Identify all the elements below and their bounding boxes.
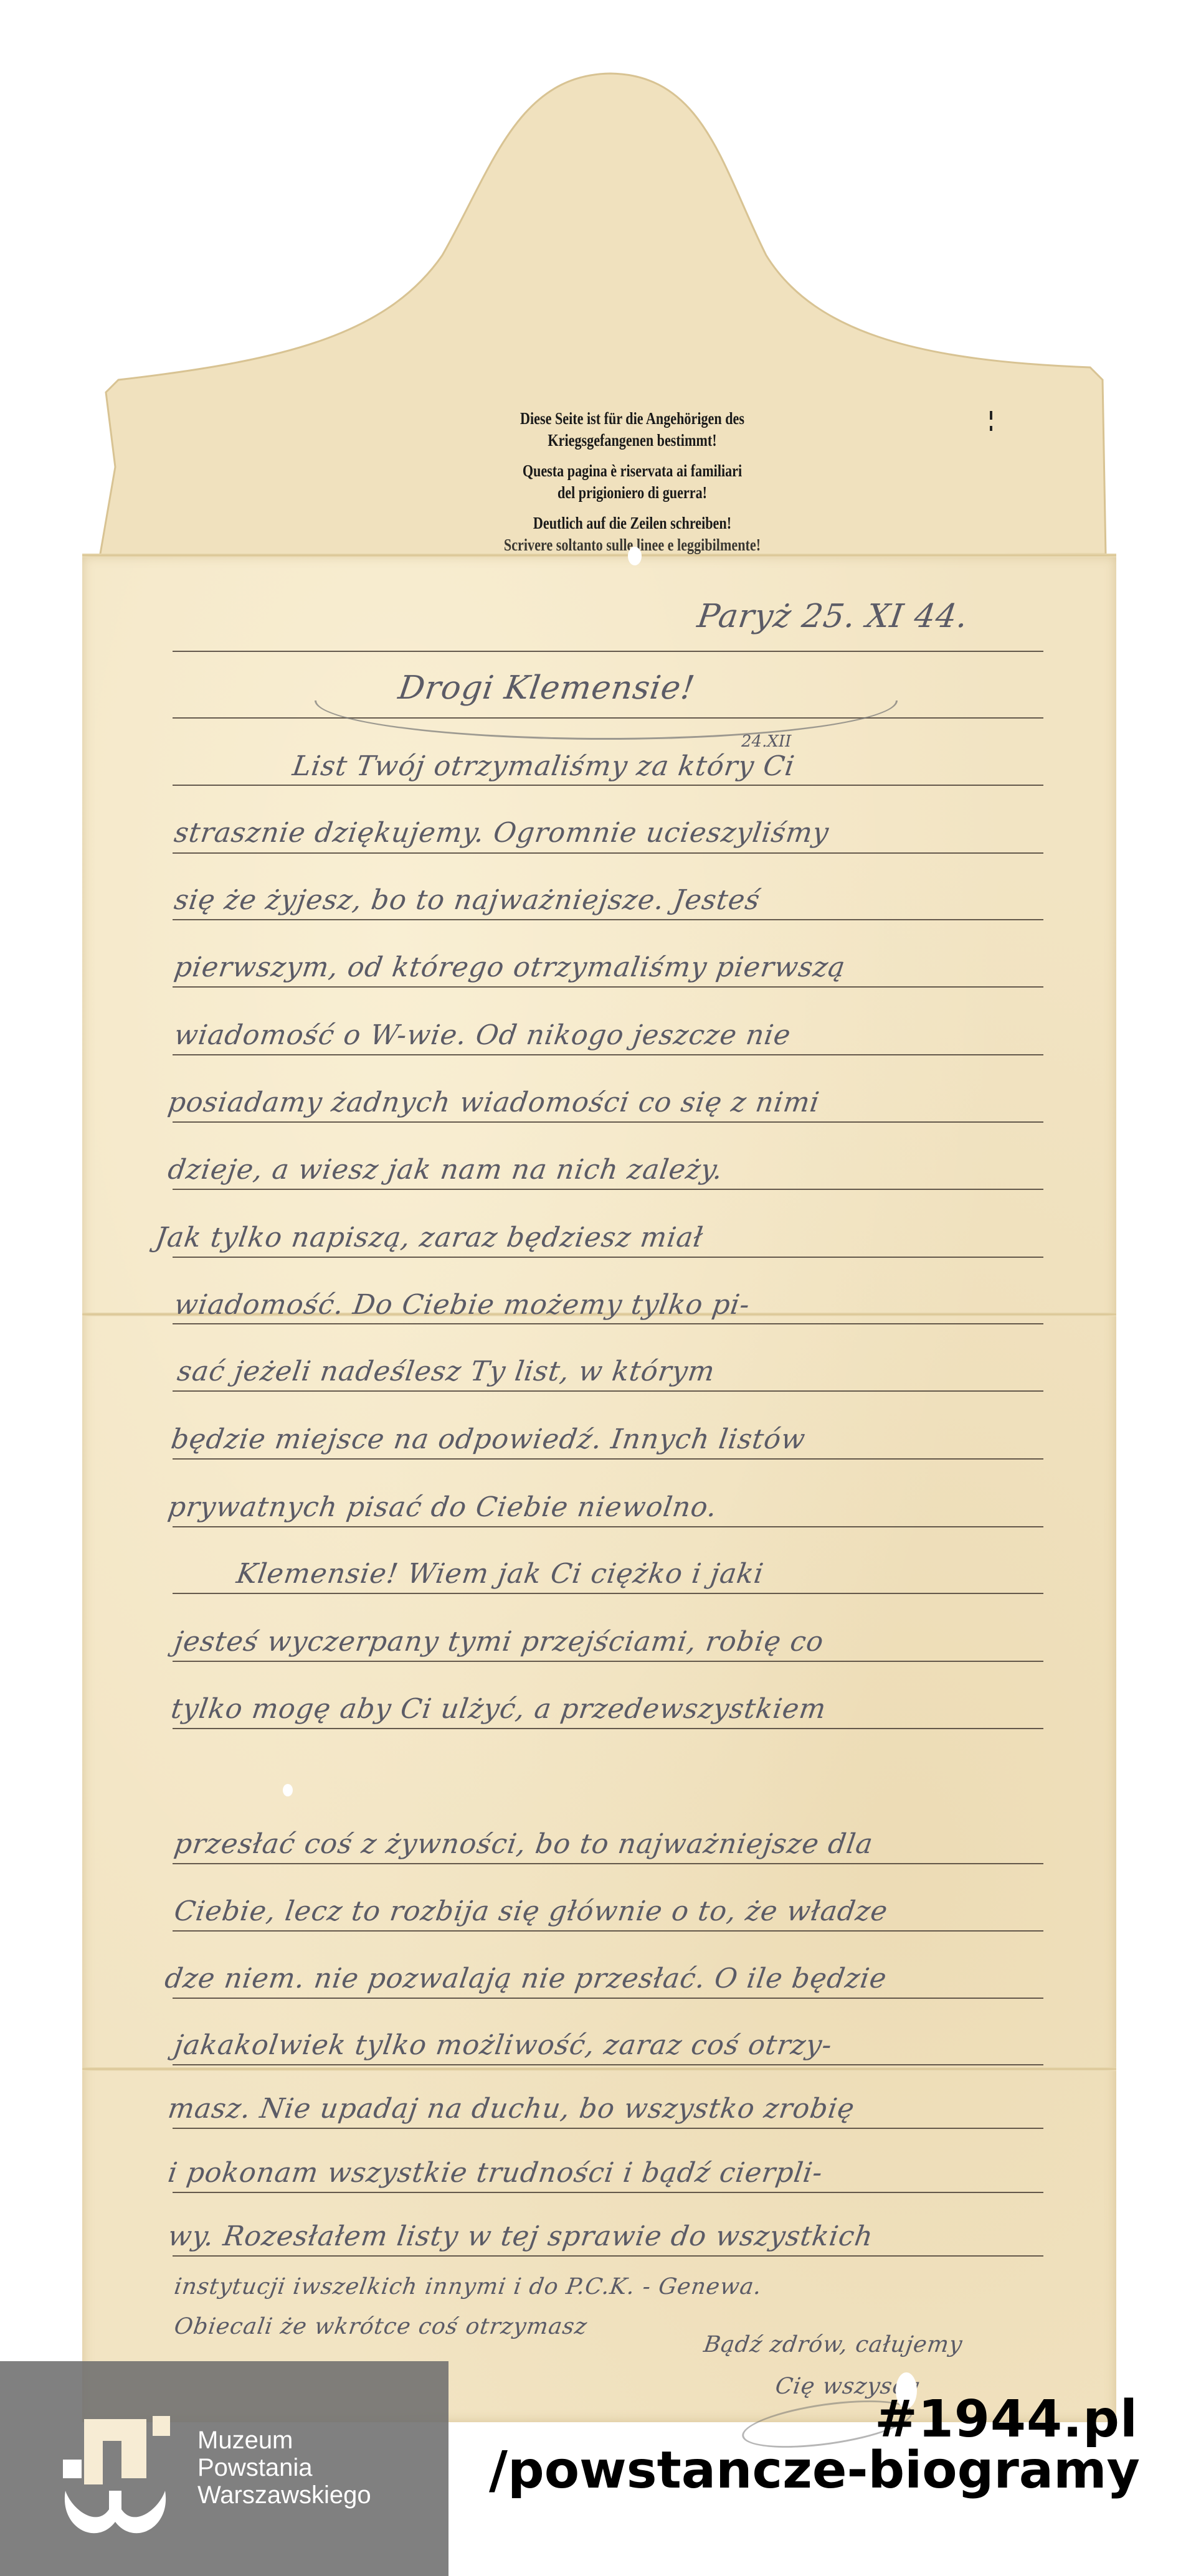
ruled-line [173,1863,1043,1864]
letter-line: się że żyjesz, bo to najważniejsze. Jest… [172,884,762,916]
received-date-note: 24.XII [741,732,791,751]
ruled-line [173,1458,1043,1460]
letter-line: Obiecali że wkrótce coś otrzymasz [173,2314,589,2339]
printed-line: Questa pagina è riservata ai familiari [377,460,888,482]
ruled-line [173,1323,1043,1324]
letter-date: Paryż 25. XI 44. [695,598,971,635]
letter-line: będzie miejsce na odpowiedź. Innych list… [169,1423,807,1455]
letter-line: dze niem. nie pozwalają nie przesłać. O … [163,1963,888,1994]
printed-line: del prigioniero di guerra! [377,482,888,504]
ruled-line [173,1526,1043,1527]
letter-line: instytucji iwszelkich innymi i do P.C.K.… [173,2274,764,2300]
ruled-line [173,1121,1043,1123]
letter-line: i pokonam wszystkie trudności i bądź cie… [166,2157,825,2189]
letter-line: wy. Rozesłałem listy w tej sprawie do ws… [166,2220,875,2252]
letter-line: jakakolwiek tylko możliwość, zaraz coś o… [172,2029,834,2061]
museum-logo-panel: Muzeum Powstania Warszawskiego [0,2361,448,2576]
ruled-line [173,1189,1043,1190]
museum-name-line: Muzeum [197,2427,371,2454]
ruled-line [173,1930,1043,1932]
ruled-line [173,1593,1043,1594]
anchor-logo-icon [59,2416,171,2541]
letter-line: dzieje, a wiesz jak nam na nich zależy. [166,1154,724,1186]
letter-line: masz. Nie upadaj na duchu, bo wszystko z… [166,2093,857,2125]
letter-line: prywatnych pisać do Ciebie niewolno. [166,1491,719,1523]
printed-instructions: Diese Seite ist für die Angehörigen des … [377,408,888,556]
ruled-line [173,785,1043,786]
ruled-line [173,1728,1043,1729]
letter-line: Klemensie! Wiem jak Ci ciężko i jaki [234,1558,766,1590]
letter-line: przesłać coś z żywności, bo to najważnie… [172,1828,875,1860]
fold-crease [82,2067,1116,2071]
ruled-line [173,2255,1043,2257]
letter-line: pierwszym, od którego otrzymaliśmy pierw… [172,951,847,983]
letter-line: jesteś wyczerpany tymi przejściami, robi… [172,1626,825,1658]
ruled-line [173,1054,1043,1055]
museum-name-line: Powstania [197,2454,371,2481]
letter-closing: Bądź zdrów, całujemy [702,2332,964,2357]
museum-name: Muzeum Powstania Warszawskiego [197,2427,371,2509]
printed-line: Kriegsgefangenen bestimmt! [377,430,888,451]
ruled-line [173,2064,1043,2065]
letter-line: strasznie dziękujemy. Ogromnie ucieszyli… [172,817,831,849]
print-mark [990,426,992,431]
punch-hole [283,1784,293,1796]
watermark-hashtag: #1944.pl [875,2390,1138,2449]
letter-line: posiadamy żadnych wiadomości co się z ni… [166,1087,822,1118]
ruled-line [173,2128,1043,2129]
ruled-line [173,1661,1043,1662]
letter-line: List Twój otrzymaliśmy za który Ci [290,750,797,782]
museum-name-line: Warszawskiego [197,2481,371,2509]
letter-line: sać jeżeli nadeślesz Ty list, w którym [175,1356,717,1387]
print-mark [990,411,992,420]
ruled-line [173,852,1043,854]
ruled-line [173,1390,1043,1392]
letter-line: tylko mogę aby Ci ulżyć, a przedewszystk… [169,1693,828,1725]
printed-line: Deutlich auf die Zeilen schreiben! [377,512,888,534]
ruled-line [173,2192,1043,2193]
ruled-line [173,1998,1043,1999]
letter-line: wiadomość o W-wie. Od nikogo jeszcze nie [172,1019,793,1051]
punch-hole [628,547,642,565]
letter-line: Jak tylko napiszą, zaraz będziesz miał [153,1222,705,1253]
ruled-line [173,1257,1043,1258]
ruled-line [173,919,1043,920]
letter-line: wiadomość. Do Ciebie możemy tylko pi- [172,1289,752,1321]
watermark-path: /powstancze-biogramy [489,2441,1140,2500]
ruled-line [173,986,1043,988]
ruled-line [173,651,1043,652]
letter-line: Ciebie, lecz to rozbija się głównie o to… [172,1895,890,1927]
printed-line: Diese Seite ist für die Angehörigen des [377,408,888,430]
